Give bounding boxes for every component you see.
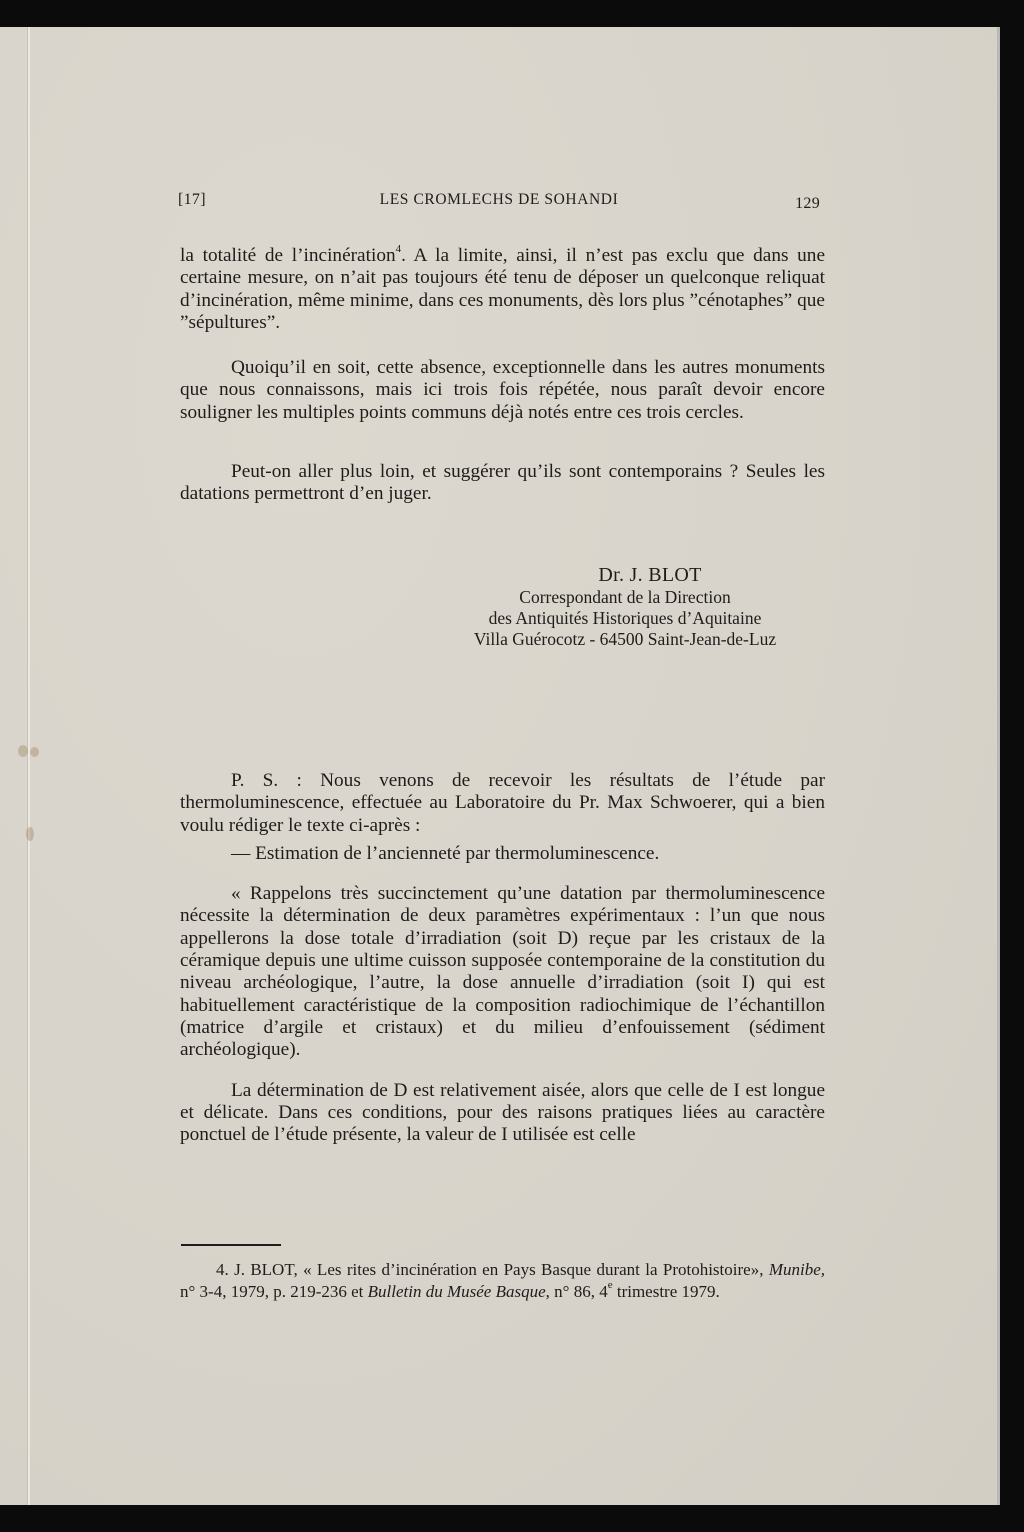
paper-stain: [30, 747, 39, 757]
postscript-text: P. S. : Nous venons de recevoir les résu…: [180, 770, 825, 1146]
footnote: 4. J. BLOT, « Les rites d’incinération e…: [180, 1259, 825, 1303]
author-signature: Dr. J. BLOT Correspondant de la Directio…: [440, 563, 810, 650]
author-affiliation-line: des Antiquités Historiques d’Aquitaine: [440, 608, 810, 629]
page-edge: [997, 27, 1000, 1505]
section-heading: — Estimation de l’ancienneté par thermol…: [180, 843, 825, 865]
paragraph: La détermination de D est relativement a…: [180, 1080, 825, 1147]
page-number: 129: [795, 195, 820, 213]
paragraph: Quoiqu’il en soit, cette absence, except…: [180, 357, 825, 424]
footnote-4: 4. J. BLOT, « Les rites d’incinération e…: [180, 1259, 825, 1303]
body-text-top: la totalité de l’incinération4. A la lim…: [180, 245, 825, 506]
paper-stain: [18, 745, 28, 757]
author-name: Dr. J. BLOT: [440, 563, 810, 587]
footnote-separator: [181, 1244, 281, 1246]
paragraph: Peut-on aller plus loin, et suggérer qu’…: [180, 461, 825, 506]
author-affiliation-line: Correspondant de la Direction: [440, 587, 810, 608]
scanned-page: [17] LES CROMLECHS DE SOHANDI 129 la tot…: [0, 27, 1000, 1505]
paragraph: P. S. : Nous venons de recevoir les résu…: [180, 770, 825, 837]
paragraph: la totalité de l’incinération4. A la lim…: [180, 245, 825, 334]
running-title: LES CROMLECHS DE SOHANDI: [178, 191, 820, 209]
author-address: Villa Guérocotz - 64500 Saint-Jean-de-Lu…: [440, 629, 810, 650]
paper-stain: [26, 827, 34, 841]
paragraph: « Rappelons très succinctement qu’une da…: [180, 883, 825, 1061]
page-fold-line: [27, 27, 30, 1505]
running-head: [17] LES CROMLECHS DE SOHANDI 129: [178, 191, 820, 215]
